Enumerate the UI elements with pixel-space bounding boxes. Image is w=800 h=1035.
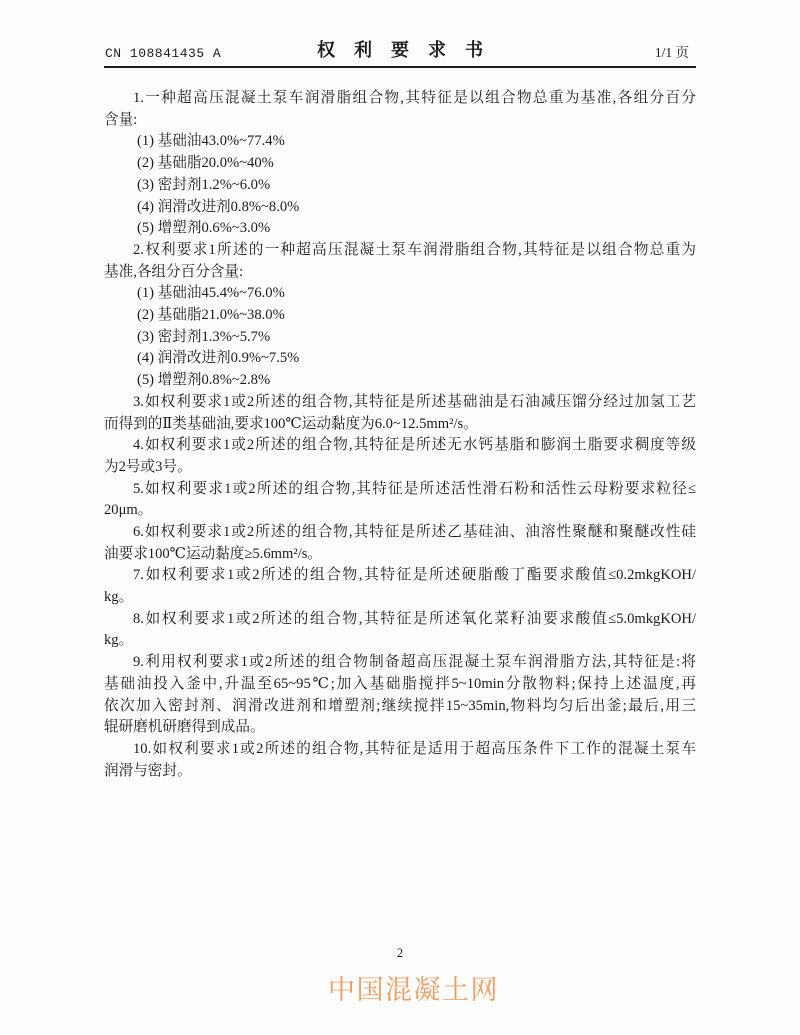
- claim-10-line-1: 10.如权利要求1或2所述的组合物,其特征是适用于超高压条件下工作的混凝土泵车: [104, 739, 696, 761]
- patent-claims-page: CN 108841435 A 权利要求书 1/1 页 1.一种超高压混凝土泵车润…: [0, 0, 800, 1035]
- claim-9-line-4: 辊研磨机研磨得到成品。: [104, 717, 696, 739]
- claim-3-line-1: 3.如权利要求1或2所述的组合物,其特征是所述基础油是石油减压馏分经过加氢工艺: [104, 392, 696, 414]
- claim-10: 10.如权利要求1或2所述的组合物,其特征是适用于超高压条件下工作的混凝土泵车 …: [104, 739, 696, 782]
- claim-1-item-4: (4) 润滑改进剂0.8%~8.0%: [104, 197, 696, 219]
- claim-2-item-4: (4) 润滑改进剂0.9%~7.5%: [104, 348, 696, 370]
- claim-4: 4.如权利要求1或2所述的组合物,其特征是所述无水钙基脂和膨润土脂要求稠度等级 …: [104, 435, 696, 478]
- claim-1-item-2: (2) 基础脂20.0%~40%: [104, 153, 696, 175]
- claim-10-line-2: 润滑与密封。: [104, 761, 696, 783]
- claim-9-line-1: 9.利用权利要求1或2所述的组合物制备超高压混凝土泵车润滑脂方法,其特征是:将: [104, 652, 696, 674]
- claim-9-line-3: 依次加入密封剂、润滑改进剂和增塑剂;继续搅拌15~35min,物料均匀后出釜;最…: [104, 696, 696, 718]
- claim-1-item-3: (3) 密封剂1.2%~6.0%: [104, 175, 696, 197]
- claim-1-item-1: (1) 基础油43.0%~77.4%: [104, 131, 696, 153]
- claim-6-line-2: 油要求100℃运动黏度≥5.6mm²/s。: [104, 544, 696, 566]
- claim-1-item-5: (5) 增塑剂0.6%~3.0%: [104, 218, 696, 240]
- claim-5-line-2: 20μm。: [104, 500, 696, 522]
- claim-4-line-2: 为2号或3号。: [104, 457, 696, 479]
- claim-5-line-1: 5.如权利要求1或2所述的组合物,其特征是所述活性滑石粉和活性云母粉要求粒径≤: [104, 479, 696, 501]
- claim-4-line-1: 4.如权利要求1或2所述的组合物,其特征是所述无水钙基脂和膨润土脂要求稠度等级: [104, 435, 696, 457]
- claim-2-item-1: (1) 基础油45.4%~76.0%: [104, 283, 696, 305]
- claim-1-line-2: 含量:: [104, 110, 696, 132]
- claim-7-line-2: kg。: [104, 587, 696, 609]
- page-header: CN 108841435 A 权利要求书 1/1 页: [104, 0, 696, 68]
- claim-1: 1.一种超高压混凝土泵车润滑脂组合物,其特征是以组合物总重为基准,各组分百分 含…: [104, 88, 696, 240]
- claim-7: 7.如权利要求1或2所述的组合物,其特征是所述硬脂酸丁酯要求酸值≤0.2mkgK…: [104, 565, 696, 608]
- claim-2-item-5: (5) 增塑剂0.8%~2.8%: [104, 370, 696, 392]
- claim-2: 2.权利要求1所述的一种超高压混凝土泵车润滑脂组合物,其特征是以组合物总重为 基…: [104, 240, 696, 392]
- claim-3: 3.如权利要求1或2所述的组合物,其特征是所述基础油是石油减压馏分经过加氢工艺 …: [104, 392, 696, 435]
- claim-6: 6.如权利要求1或2所述的组合物,其特征是所述乙基硅油、油溶性聚醚和聚醚改性硅 …: [104, 522, 696, 565]
- claims-body: 1.一种超高压混凝土泵车润滑脂组合物,其特征是以组合物总重为基准,各组分百分 含…: [104, 88, 696, 782]
- claim-8-line-2: kg。: [104, 630, 696, 652]
- claim-9-line-2: 基础油投入釜中,升温至65~95℃;加入基础脂搅拌5~10min分散物料;保持上…: [104, 674, 696, 696]
- claim-9: 9.利用权利要求1或2所述的组合物制备超高压混凝土泵车润滑脂方法,其特征是:将 …: [104, 652, 696, 739]
- page-number: 2: [0, 946, 800, 961]
- claim-5: 5.如权利要求1或2所述的组合物,其特征是所述活性滑石粉和活性云母粉要求粒径≤ …: [104, 479, 696, 522]
- page-indicator: 1/1 页: [655, 41, 689, 61]
- claim-8-line-1: 8.如权利要求1或2所述的组合物,其特征是所述氧化菜籽油要求酸值≤5.0mkgK…: [104, 609, 696, 631]
- claim-3-line-2: 而得到的Ⅱ类基础油,要求100℃运动黏度为6.0~12.5mm²/s。: [104, 414, 696, 436]
- page-title: 权利要求书: [104, 36, 696, 62]
- claim-2-line-1: 2.权利要求1所述的一种超高压混凝土泵车润滑脂组合物,其特征是以组合物总重为: [104, 240, 696, 262]
- claim-6-line-1: 6.如权利要求1或2所述的组合物,其特征是所述乙基硅油、油溶性聚醚和聚醚改性硅: [104, 522, 696, 544]
- claim-2-item-2: (2) 基础脂21.0%~38.0%: [104, 305, 696, 327]
- claim-8: 8.如权利要求1或2所述的组合物,其特征是所述氧化菜籽油要求酸值≤5.0mkgK…: [104, 609, 696, 652]
- claim-7-line-1: 7.如权利要求1或2所述的组合物,其特征是所述硬脂酸丁酯要求酸值≤0.2mkgK…: [104, 565, 696, 587]
- claim-2-item-3: (3) 密封剂1.3%~5.7%: [104, 327, 696, 349]
- claim-2-line-2: 基准,各组分百分含量:: [104, 262, 696, 284]
- watermark: 中国混凝土网: [328, 968, 499, 1007]
- claim-1-line-1: 1.一种超高压混凝土泵车润滑脂组合物,其特征是以组合物总重为基准,各组分百分: [104, 88, 696, 110]
